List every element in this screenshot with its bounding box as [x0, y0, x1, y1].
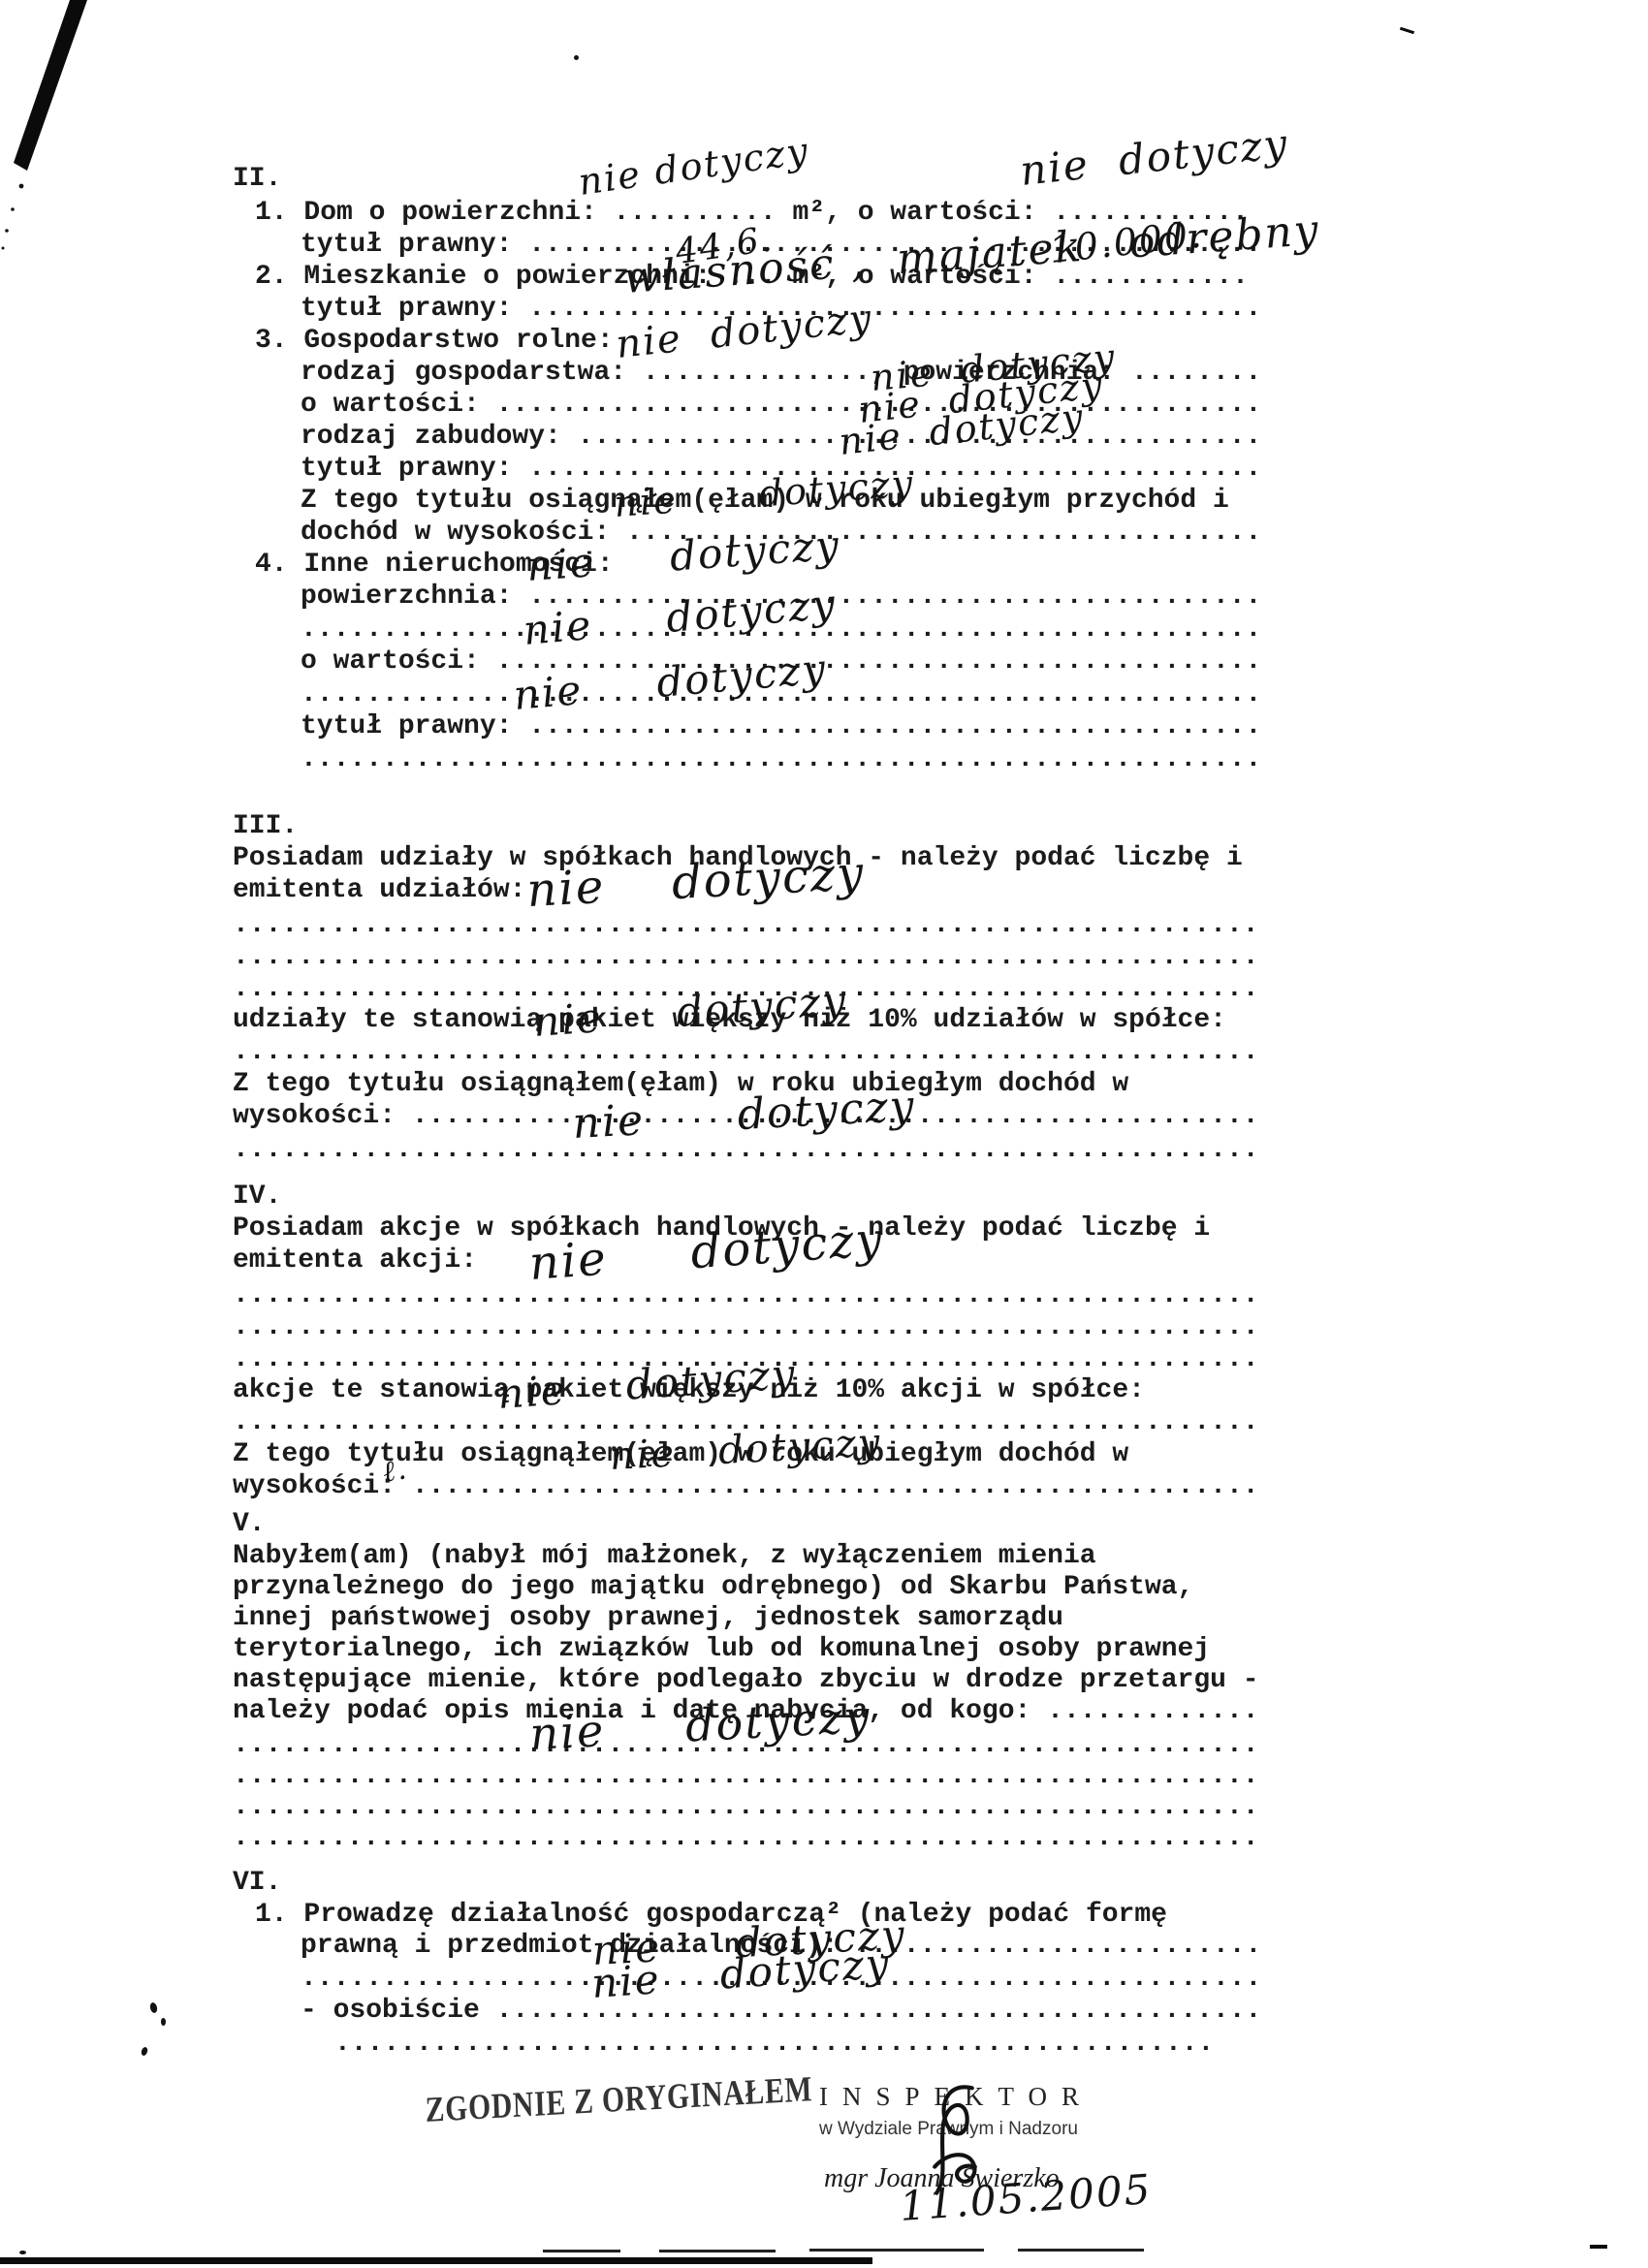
typed-line: terytorialnego, ich związków lub od komu… [233, 1635, 1210, 1664]
scan-mark-topleft-diagonal [0, 0, 126, 262]
typed-line: ........................................… [233, 1136, 1259, 1165]
typed-line: ........................................… [233, 1824, 1259, 1853]
scan-speck [1400, 27, 1414, 34]
scan-smudge-left-margin [149, 2001, 158, 2013]
typed-line: ........................................… [301, 745, 1261, 774]
typed-line: ........................................… [233, 943, 1259, 972]
typed-line: emitenta udziałów: [233, 876, 525, 905]
typed-line: II. [233, 165, 281, 194]
certified-copy-stamp: ZGODNIE Z ORYGINAŁEM [425, 2068, 813, 2131]
scan-speck [19, 2251, 26, 2254]
typed-line: Nabyłem(am) (nabył mój małżonek, z wyłąc… [233, 1542, 1096, 1571]
typed-line: III. [233, 812, 298, 841]
typed-line: przynależnego do jego majątku odrębnego)… [233, 1573, 1193, 1602]
typed-line: ........................................… [233, 1762, 1259, 1791]
typed-line: o wartości: ............................… [301, 391, 1261, 420]
typed-line: 3. Gospodarstwo rolne: [255, 327, 614, 356]
scan-dash-bottom [543, 2250, 620, 2252]
typed-line: ........................................… [233, 1793, 1259, 1822]
typed-line: innej państwowej osoby prawnej, jednoste… [233, 1604, 1063, 1633]
scan-dash-bottom [809, 2249, 984, 2252]
typed-line: tytuł prawny: ..........................… [301, 712, 1261, 741]
typed-line: ........................................… [233, 1281, 1259, 1310]
typed-line: VI. [233, 1869, 281, 1898]
typed-line: ........................................… [334, 2030, 1214, 2059]
handwritten-annotation: nie dotyczy [1018, 119, 1291, 195]
typed-line: ........................................… [233, 911, 1259, 940]
handwritten-annotation: nie dotyczy [576, 129, 812, 204]
scanned-document-page: II.1. Dom o powierzchni: .......... m², … [0, 0, 1648, 2268]
typed-line: emitenta akcji: [233, 1246, 477, 1276]
scan-smudge-left-margin [161, 2018, 166, 2026]
typed-line: IV. [233, 1182, 281, 1212]
typed-line: V. [233, 1510, 266, 1539]
typed-line: - osobiście ............................… [301, 1997, 1261, 2026]
typed-line: rodzaj zabudowy: .......................… [301, 423, 1261, 452]
scan-dash-bottom [659, 2250, 776, 2252]
scan-speck [574, 55, 579, 60]
typed-line: ........................................… [233, 1313, 1259, 1342]
scan-edge-line-bottom [0, 2257, 872, 2264]
typed-line: następujące mienie, które podlegało zbyc… [233, 1666, 1259, 1695]
scan-dash-bottom [1018, 2249, 1144, 2252]
scan-dash-bottom [1590, 2245, 1607, 2249]
typed-line: ........................................… [233, 1038, 1259, 1067]
scan-smudge-left-margin [141, 2046, 149, 2057]
